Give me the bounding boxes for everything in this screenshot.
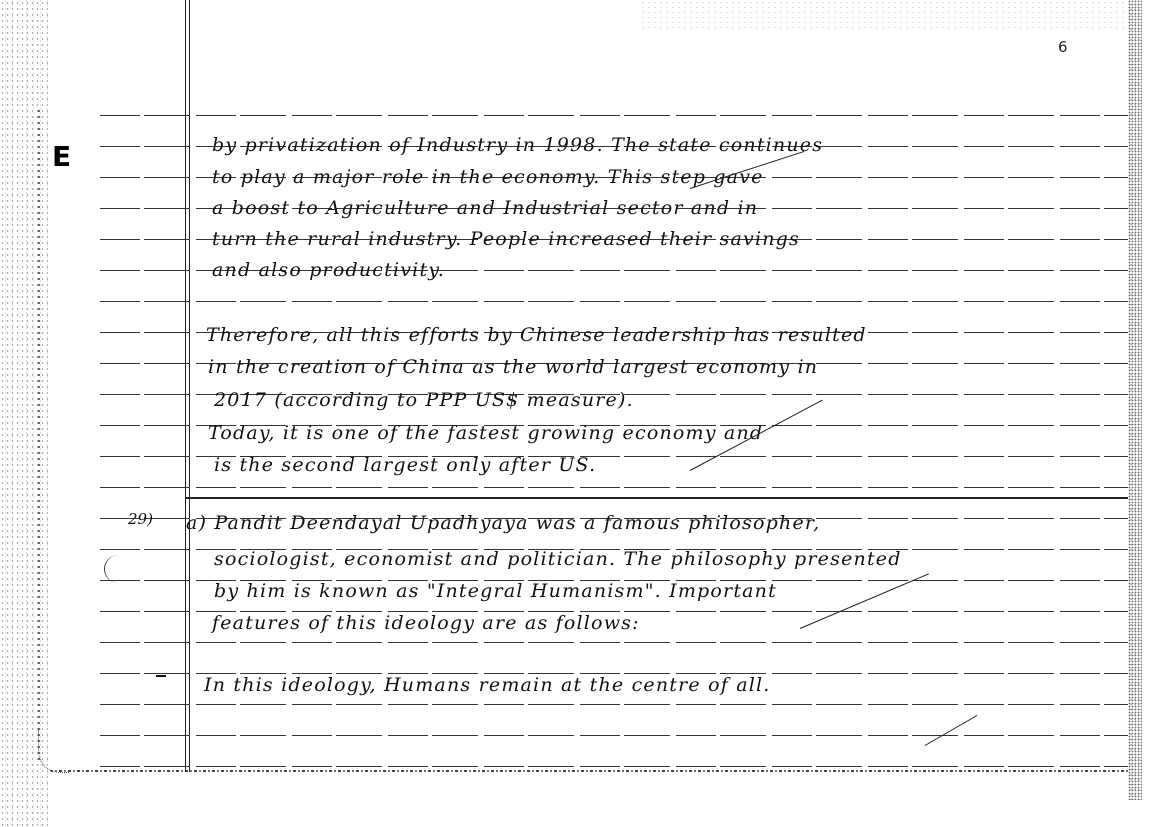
ruled-line xyxy=(100,766,1128,767)
question-29-line: features of this ideology are as follows… xyxy=(212,612,640,634)
ruled-line xyxy=(100,301,1128,302)
question-29-line: sociologist, economist and politician. T… xyxy=(214,548,902,570)
ruled-line xyxy=(100,704,1128,705)
scan-noise-top xyxy=(640,0,1130,30)
pen-stroke xyxy=(925,715,977,746)
paragraph-1-line: turn the rural industry. People increase… xyxy=(212,228,800,250)
margin-bracket-mark xyxy=(104,555,119,583)
question-number: 29) xyxy=(128,510,153,528)
paragraph-1-line: a boost to Agriculture and Industrial se… xyxy=(212,197,758,219)
paragraph-1-line: by privatization of Industry in 1998. Th… xyxy=(212,134,823,156)
paragraph-1-line: and also productivity. xyxy=(212,259,445,281)
paragraph-2-line: is the second largest only after US. xyxy=(214,454,596,476)
ruled-line xyxy=(100,487,1128,488)
scan-noise-left xyxy=(0,0,48,827)
bullet-dash xyxy=(156,675,166,677)
paragraph-2-line: Therefore, all this efforts by Chinese l… xyxy=(206,324,867,346)
paragraph-1-line: to play a major role in the economy. Thi… xyxy=(212,166,764,188)
paragraph-2-line: in the creation of China as the world la… xyxy=(208,356,818,378)
ruled-line xyxy=(100,115,1128,116)
question-29-line: by him is known as "Integral Humanism". … xyxy=(214,580,777,602)
page-edge-bottom xyxy=(50,770,1128,772)
section-separator xyxy=(185,497,1128,499)
section-mark: E xyxy=(52,140,70,173)
ruled-line xyxy=(100,642,1128,643)
paragraph-2-line: 2017 (according to PPP US$ measure). xyxy=(214,389,634,411)
paragraph-2-line: Today, it is one of the fastest growing … xyxy=(208,422,763,444)
question-29-bullet: In this ideology, Humans remain at the c… xyxy=(204,674,771,696)
question-29-line: a) Pandit Deendayal Upadhyaya was a famo… xyxy=(186,512,820,534)
scan-noise-right xyxy=(1128,0,1142,800)
page-number: 6 xyxy=(1058,38,1068,56)
pen-stroke xyxy=(800,573,929,629)
page-edge-left xyxy=(38,110,40,760)
ruled-line xyxy=(100,735,1128,736)
